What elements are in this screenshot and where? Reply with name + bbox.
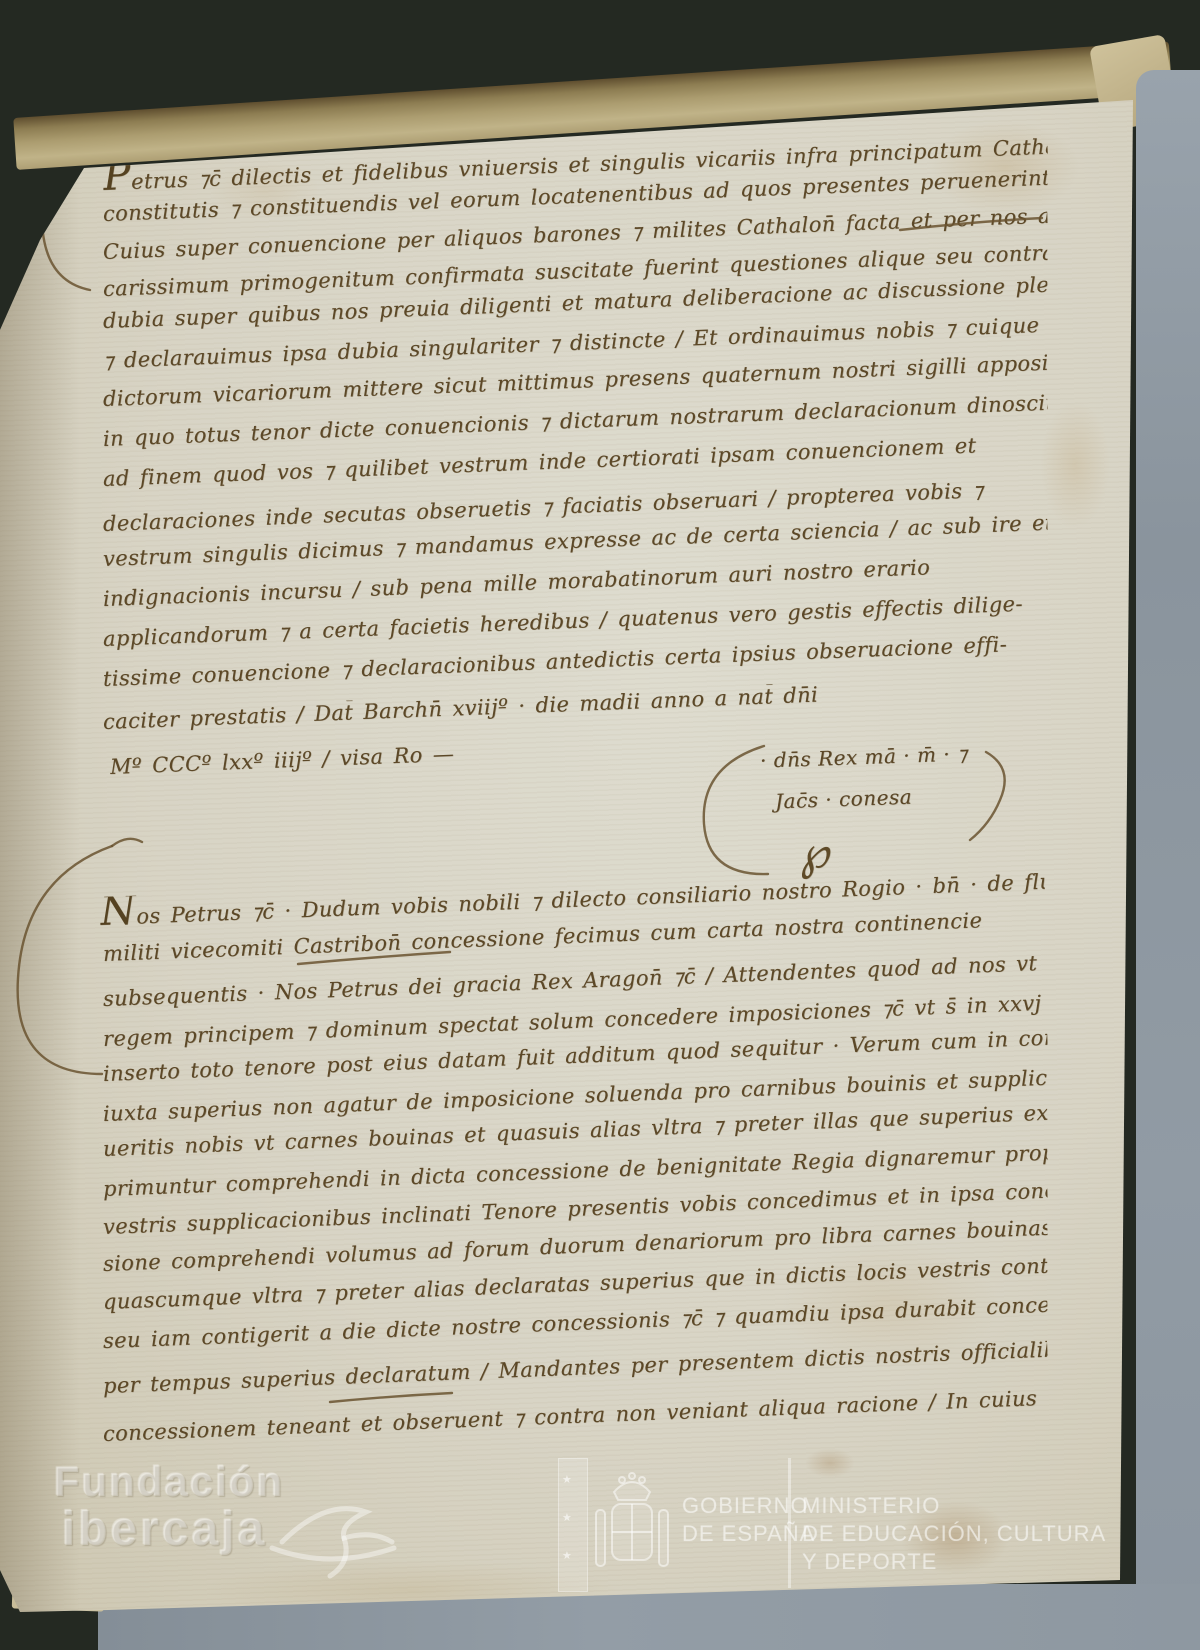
star-icon: ★	[562, 1511, 572, 1524]
notary-signature: Jac̄s · conesa	[775, 785, 913, 814]
manuscript-page: 1 Petrus ⁊c̄ dilectis et fidelibus vniue…	[0, 0, 1200, 1650]
support-board	[1136, 70, 1200, 1650]
margin-bracket	[18, 846, 112, 1074]
foxing-stain	[1040, 400, 1110, 530]
watermark-ministerio-line1: MINISTERIO	[802, 1492, 940, 1519]
watermark-divider	[788, 1458, 791, 1588]
manuscript-photo: { "page": { "folio_number": "1" }, "manu…	[0, 0, 1200, 1650]
pillar-shape	[659, 1510, 668, 1566]
pillar-shape	[596, 1510, 605, 1566]
star-icon: ★	[562, 1549, 572, 1562]
crown-shape	[614, 1482, 650, 1500]
manuscript-line: concessionem teneant et obseruent ⁊ cont…	[103, 1386, 1048, 1446]
watermark-ministerio-line3: Y DEPORTE	[802, 1548, 937, 1575]
star-icon: ★	[562, 1473, 572, 1486]
spain-coat-of-arms-icon	[594, 1466, 670, 1584]
ibercaja-logo-icon	[268, 1492, 408, 1582]
foxing-stain	[805, 1448, 855, 1478]
chancery-note-line: · dn̄s Rex mā · m̄ · ⁊	[760, 741, 968, 772]
manuscript-line: Mº CCCº lxxº iiijº / visa Ro —	[110, 734, 671, 779]
watermark-fundacion: Fundación	[54, 1458, 284, 1506]
watermark-ibercaja: ibercaja	[62, 1502, 267, 1557]
signature-flourish	[704, 746, 768, 874]
margin-bracket-hook	[112, 839, 142, 846]
signature-tail-flourish	[970, 752, 1005, 840]
watermark-ministerio-line2: DE EDUCACIÓN, CULTURA	[802, 1520, 1106, 1547]
watermark-gobierno-line2: DE ESPAÑA	[682, 1520, 815, 1547]
underline-stroke	[330, 1393, 452, 1402]
eu-flag-icon: ★ ★ ★	[558, 1458, 588, 1592]
